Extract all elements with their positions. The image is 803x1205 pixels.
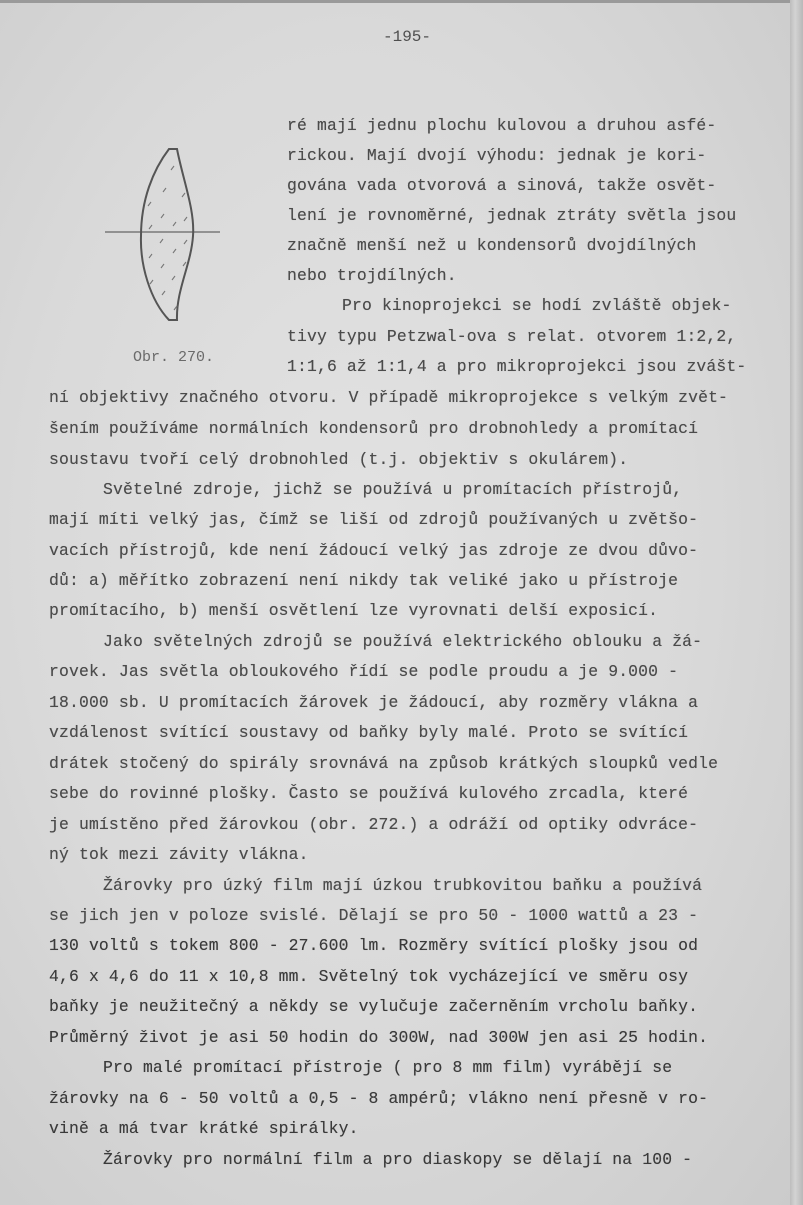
text-line: dů: a) měřítko zobrazení není nikdy tak … <box>49 572 678 590</box>
text-line: nebo trojdílných. <box>287 267 457 285</box>
text-line: je umístěno před žárovkou (obr. 272.) a … <box>49 816 698 834</box>
text-line: Jako světelných zdrojů se používá elektr… <box>103 633 702 651</box>
text-line: vzdálenost svítící soustavy od baňky byl… <box>49 724 688 742</box>
text-line: vacích přístrojů, kde není žádoucí velký… <box>49 542 698 560</box>
text-line: soustavu tvoří celý drobnohled (t.j. obj… <box>49 451 628 469</box>
text-line: 130 voltů s tokem 800 - 27.600 lm. Rozmě… <box>49 937 698 955</box>
text-line: vině a má tvar krátké spirálky. <box>49 1120 359 1138</box>
text-line: mají míti velký jas, čímž se liší od zdr… <box>49 511 698 529</box>
text-line: šením používáme normálních kondensorů pr… <box>49 420 698 438</box>
figure-caption: Obr. 270. <box>133 349 214 366</box>
text-line: žárovky na 6 - 50 voltů a 0,5 - 8 ampérů… <box>49 1090 708 1108</box>
text-line: značně menší než u kondensorů dvojdílnýc… <box>287 237 696 255</box>
text-line: gována vada otvorová a sinová, takže osv… <box>287 177 716 195</box>
text-line: Žárovky pro úzký film mají úzkou trubkov… <box>103 877 702 895</box>
text-line: Průměrný život je asi 50 hodin do 300W, … <box>49 1029 708 1047</box>
text-line: 1:1,6 až 1:1,4 a pro mikroprojekci jsou … <box>287 358 746 376</box>
text-line: ré mají jednu plochu kulovou a druhou as… <box>287 117 716 135</box>
text-line: rickou. Mají dvojí výhodu: jednak je kor… <box>287 147 706 165</box>
text-line: drátek stočený do spirály srovnává na zp… <box>49 755 718 773</box>
text-line: ní objektivy značného otvoru. V případě … <box>49 389 728 407</box>
text-line: baňky je neužitečný a někdy se vylučuje … <box>49 998 698 1016</box>
text-line: Žárovky pro normální film a pro diaskopy… <box>103 1151 692 1169</box>
page-number: -195- <box>383 28 431 46</box>
text-line: tivy typu Petzwal-ova s relat. otvorem 1… <box>287 328 736 346</box>
text-line: 18.000 sb. U promítacích žárovek je žádo… <box>49 694 698 712</box>
text-line: Pro malé promítací přístroje ( pro 8 mm … <box>103 1059 672 1077</box>
text-line: se jich jen v poloze svislé. Dělají se p… <box>49 907 698 925</box>
text-line: promítacího, b) menší osvětlení lze vyro… <box>49 602 658 620</box>
text-line: ný tok mezi závity vlákna. <box>49 846 309 864</box>
page-right-edge <box>790 0 803 1205</box>
lens-diagram-icon <box>100 140 220 330</box>
text-line: rovek. Jas světla obloukového řídí se po… <box>49 663 678 681</box>
page-top-edge <box>0 0 803 3</box>
text-line: Pro kinoprojekci se hodí zvláště objek- <box>342 297 731 315</box>
text-line: Světelné zdroje, jichž se používá u prom… <box>103 481 682 499</box>
text-line: 4,6 x 4,6 do 11 x 10,8 mm. Světelný tok … <box>49 968 688 986</box>
text-line: lení je rovnoměrné, jednak ztráty světla… <box>287 207 736 225</box>
text-line: sebe do rovinné plošky. Často se používá… <box>49 785 688 803</box>
